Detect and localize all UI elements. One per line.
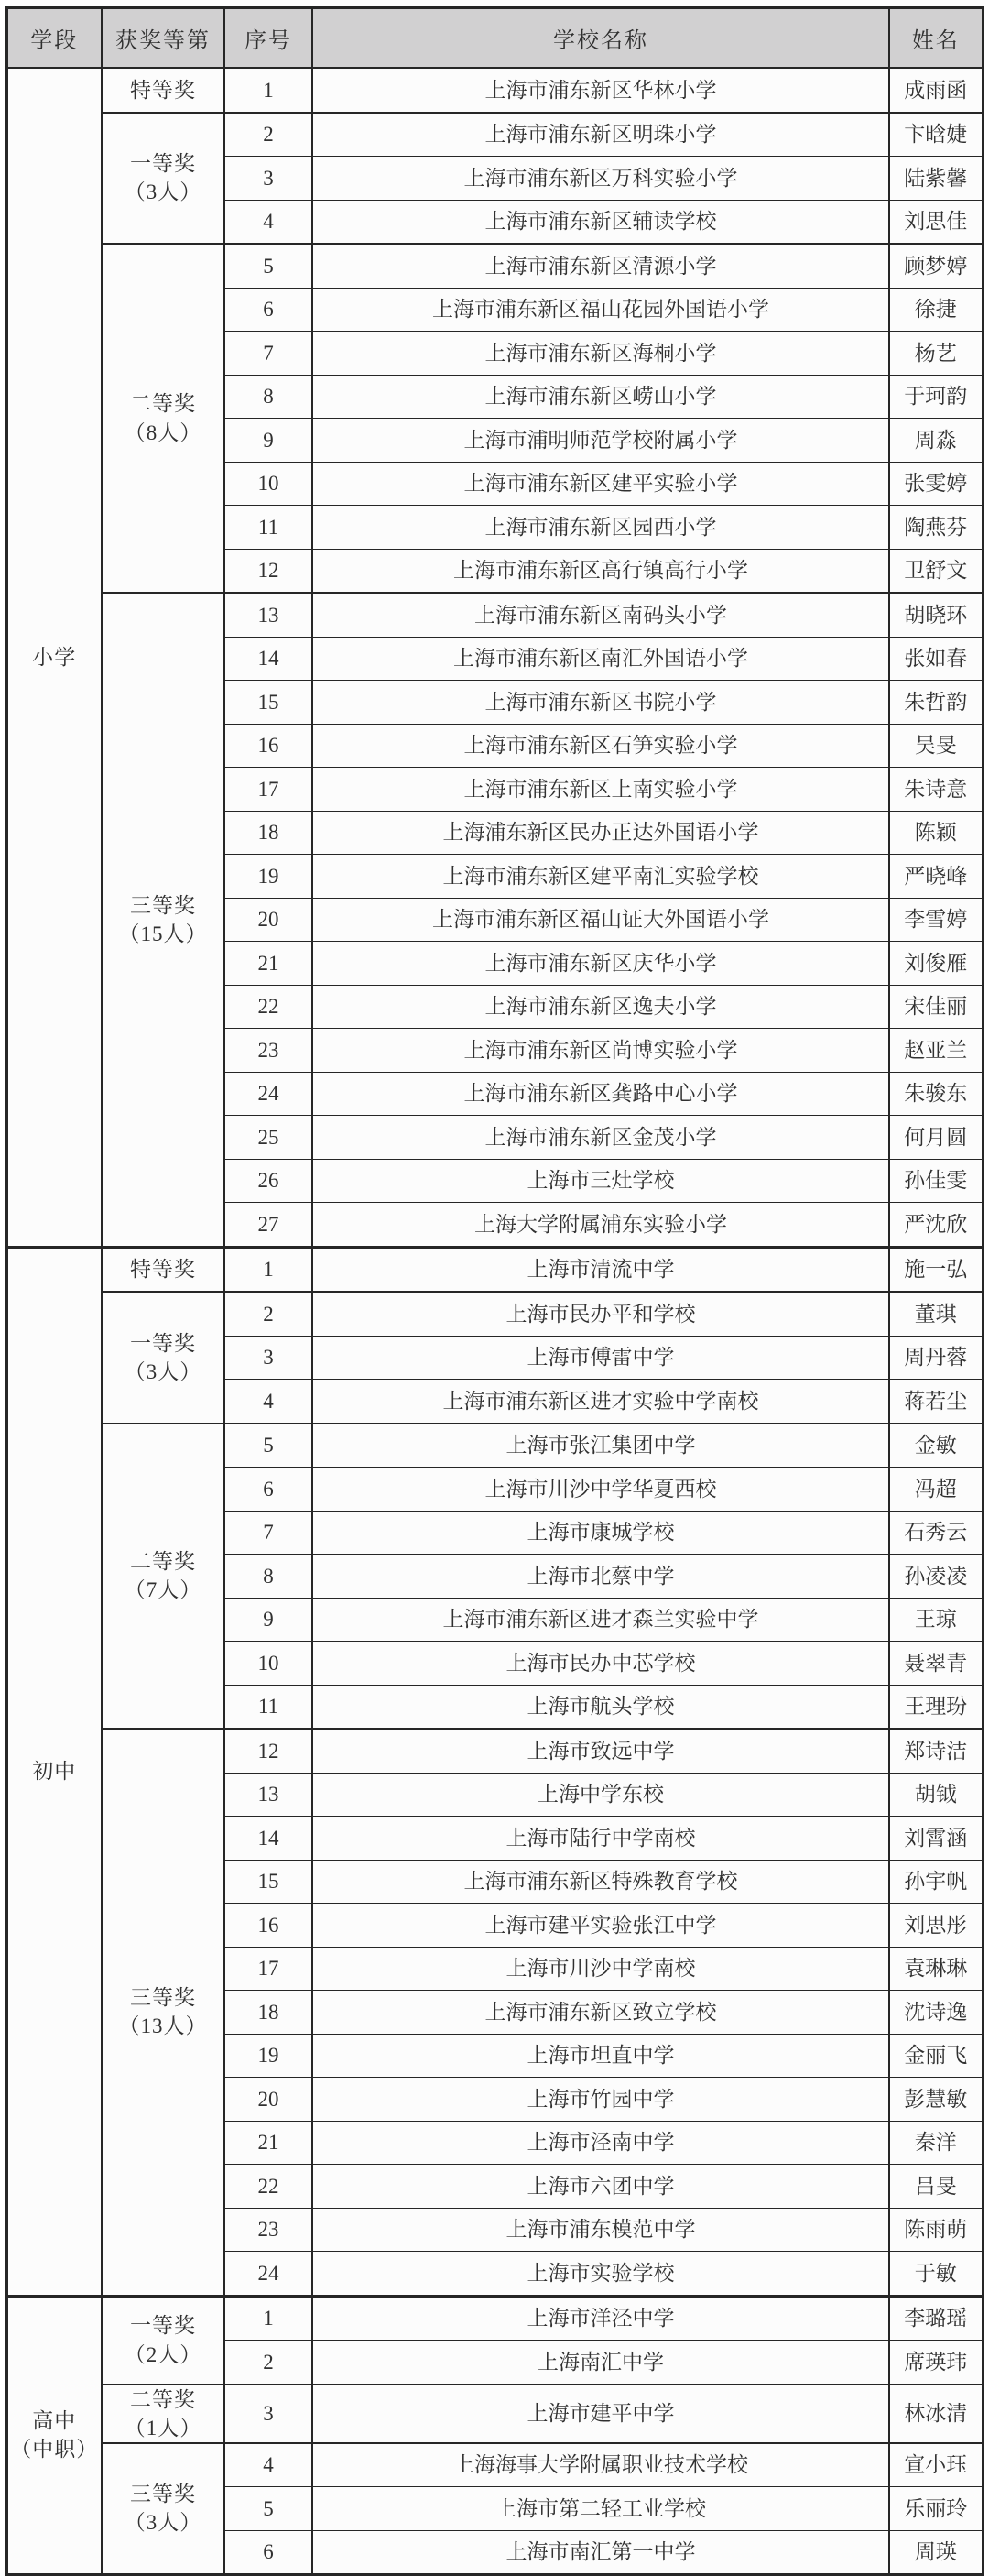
school-cell: 上海市浦东新区华林小学 [312,68,889,113]
stage-label: 初中 [8,1757,102,1785]
table-body: 小学特等奖1上海市浦东新区华林小学成雨函一等奖（3人）2上海市浦东新区明珠小学卞… [6,68,983,2575]
serial-cell: 12 [224,549,312,593]
award-count-label: （3人） [103,178,223,206]
school-cell: 上海市浦明师范学校附属小学 [312,419,889,463]
serial-cell: 3 [224,157,312,201]
school-cell: 上海市浦东新区建平实验小学 [312,462,889,506]
serial-cell: 9 [224,1598,312,1642]
name-cell: 施一弘 [889,1247,983,1292]
school-cell: 上海市民办平和学校 [312,1292,889,1336]
school-cell: 上海市洋泾中学 [312,2296,889,2341]
award-count-label: （3人） [103,1358,223,1386]
school-cell: 上海市南汇第一中学 [312,2530,889,2575]
stage-cell: 小学 [6,68,102,1247]
serial-cell: 18 [224,811,312,855]
name-cell: 顾梦婷 [889,244,983,288]
table-row: 三等奖（13人）12上海市致远中学郑诗洁 [6,1729,983,1773]
award-count-label: （1人） [103,2414,223,2442]
name-cell: 严沈欣 [889,1203,983,1248]
award-cell: 特等奖 [102,68,224,113]
name-cell: 张雯婷 [889,462,983,506]
table-row: 二等奖（8人）5上海市浦东新区清源小学顾梦婷 [6,244,983,288]
serial-cell: 6 [224,1468,312,1512]
name-cell: 蒋若尘 [889,1380,983,1424]
name-cell: 周瑛 [889,2530,983,2575]
serial-cell: 10 [224,462,312,506]
table-row: 三等奖（15人）13上海市浦东新区南码头小学胡晓环 [6,593,983,637]
award-label: 一等奖 [103,1329,223,1358]
name-cell: 徐捷 [889,288,983,332]
award-cell: 一等奖（2人） [102,2296,224,2385]
award-cell: 三等奖（15人） [102,593,224,1247]
school-cell: 上海市民办中芯学校 [312,1642,889,1686]
serial-cell: 4 [224,1380,312,1424]
serial-cell: 7 [224,332,312,376]
name-cell: 王理玢 [889,1685,983,1729]
serial-cell: 13 [224,1773,312,1817]
school-cell: 上海市浦东新区园西小学 [312,506,889,550]
serial-cell: 18 [224,1991,312,2035]
name-cell: 宋佳丽 [889,985,983,1029]
serial-cell: 1 [224,2296,312,2341]
name-cell: 朱骏东 [889,1072,983,1116]
stage-label: 小学 [8,643,102,671]
serial-cell: 22 [224,985,312,1029]
serial-cell: 15 [224,681,312,725]
serial-cell: 17 [224,768,312,812]
award-cell: 二等奖（1人） [102,2385,224,2443]
serial-cell: 4 [224,2443,312,2487]
serial-cell: 6 [224,2530,312,2575]
name-cell: 沈诗逸 [889,1991,983,2035]
award-cell: 二等奖（8人） [102,244,224,593]
school-cell: 上海中学东校 [312,1773,889,1817]
serial-cell: 24 [224,2252,312,2297]
award-label: 一等奖 [103,149,223,178]
serial-cell: 21 [224,942,312,986]
school-cell: 上海市张江集团中学 [312,1424,889,1468]
school-cell: 上海市浦东新区崂山小学 [312,375,889,419]
school-cell: 上海市川沙中学南校 [312,1947,889,1991]
award-count-label: （8人） [103,419,223,447]
name-cell: 严晓峰 [889,855,983,899]
serial-cell: 25 [224,1116,312,1160]
school-cell: 上海市浦东新区福山证大外国语小学 [312,898,889,942]
serial-cell: 13 [224,593,312,637]
name-cell: 卞晗婕 [889,113,983,157]
name-cell: 卫舒文 [889,549,983,593]
table-row: 三等奖（3人）4上海海事大学附属职业技术学校宣小珏 [6,2443,983,2487]
award-cell: 三等奖（3人） [102,2443,224,2575]
name-cell: 李璐瑶 [889,2296,983,2341]
serial-cell: 23 [224,2208,312,2252]
award-label: 三等奖 [103,1983,223,2012]
serial-cell: 8 [224,375,312,419]
serial-cell: 14 [224,637,312,681]
name-cell: 朱哲韵 [889,681,983,725]
table-row: 一等奖（3人）2上海市浦东新区明珠小学卞晗婕 [6,113,983,157]
name-cell: 何月圆 [889,1116,983,1160]
name-cell: 孙凌凌 [889,1555,983,1599]
column-header-serial: 序号 [224,8,312,69]
name-cell: 周淼 [889,419,983,463]
school-cell: 上海市陆行中学南校 [312,1817,889,1861]
school-cell: 上海市浦东新区石笋实验小学 [312,724,889,768]
school-cell: 上海市浦东新区上南实验小学 [312,768,889,812]
stage-cell: 高中（中职） [6,2296,102,2575]
name-cell: 刘思彤 [889,1904,983,1948]
award-cell: 一等奖（3人） [102,113,224,245]
school-cell: 上海市致远中学 [312,1729,889,1773]
school-cell: 上海市航头学校 [312,1685,889,1729]
name-cell: 胡晓环 [889,593,983,637]
header-row: 学段 获奖等第 序号 学校名称 姓名 [6,8,983,69]
school-cell: 上海市竹园中学 [312,2078,889,2122]
award-count-label: （2人） [103,2341,223,2369]
serial-cell: 22 [224,2165,312,2209]
school-cell: 上海市浦东模范中学 [312,2208,889,2252]
school-cell: 上海市浦东新区进才实验中学南校 [312,1380,889,1424]
serial-cell: 3 [224,1336,312,1380]
name-cell: 陆紫馨 [889,157,983,201]
name-cell: 宣小珏 [889,2443,983,2487]
serial-cell: 11 [224,506,312,550]
school-cell: 上海市浦东新区致立学校 [312,1991,889,2035]
school-cell: 上海市建平中学 [312,2385,889,2443]
school-cell: 上海市浦东新区海桐小学 [312,332,889,376]
school-cell: 上海市泾南中学 [312,2121,889,2165]
name-cell: 吴旻 [889,724,983,768]
name-cell: 刘俊雁 [889,942,983,986]
award-count-label: （7人） [103,1576,223,1604]
serial-cell: 11 [224,1685,312,1729]
serial-cell: 20 [224,2078,312,2122]
serial-cell: 8 [224,1555,312,1599]
name-cell: 王琼 [889,1598,983,1642]
award-label: 二等奖 [103,2385,223,2414]
name-cell: 袁琳琳 [889,1947,983,1991]
school-cell: 上海市第二轻工业学校 [312,2487,889,2531]
award-count-label: （13人） [103,2012,223,2040]
serial-cell: 14 [224,1817,312,1861]
award-label: 二等奖 [103,389,223,418]
name-cell: 秦洋 [889,2121,983,2165]
serial-cell: 5 [224,1424,312,1468]
name-cell: 吕旻 [889,2165,983,2209]
school-cell: 上海市浦东新区尚博实验小学 [312,1029,889,1073]
school-cell: 上海市实验学校 [312,2252,889,2297]
school-cell: 上海市傅雷中学 [312,1336,889,1380]
table-row: 二等奖（1人）3上海市建平中学林冰清 [6,2385,983,2443]
school-cell: 上海市浦东新区明珠小学 [312,113,889,157]
school-cell: 上海市浦东新区龚路中心小学 [312,1072,889,1116]
school-cell: 上海市浦东新区庆华小学 [312,942,889,986]
school-cell: 上海市建平实验张江中学 [312,1904,889,1948]
school-cell: 上海南汇中学 [312,2341,889,2385]
name-cell: 张如春 [889,637,983,681]
name-cell: 李雪婷 [889,898,983,942]
school-cell: 上海市浦东新区万科实验小学 [312,157,889,201]
table-row: 高中（中职）一等奖（2人）1上海市洋泾中学李璐瑶 [6,2296,983,2341]
award-label: 二等奖 [103,1547,223,1576]
table-row: 二等奖（7人）5上海市张江集团中学金敏 [6,1424,983,1468]
name-cell: 陈颖 [889,811,983,855]
name-cell: 孙宇帆 [889,1860,983,1904]
serial-cell: 5 [224,244,312,288]
serial-cell: 16 [224,724,312,768]
name-cell: 金丽飞 [889,2034,983,2078]
name-cell: 陈雨萌 [889,2208,983,2252]
name-cell: 胡钺 [889,1773,983,1817]
school-cell: 上海市浦东新区清源小学 [312,244,889,288]
column-header-school: 学校名称 [312,8,889,69]
serial-cell: 1 [224,68,312,113]
serial-cell: 27 [224,1203,312,1248]
award-label: 三等奖 [103,2480,223,2508]
name-cell: 于敏 [889,2252,983,2297]
school-cell: 上海市川沙中学华夏西校 [312,1468,889,1512]
award-label: 三等奖 [103,891,223,920]
serial-cell: 10 [224,1642,312,1686]
serial-cell: 7 [224,1511,312,1555]
serial-cell: 26 [224,1159,312,1203]
serial-cell: 2 [224,113,312,157]
name-cell: 金敏 [889,1424,983,1468]
serial-cell: 16 [224,1904,312,1948]
serial-cell: 21 [224,2121,312,2165]
award-cell: 二等奖（7人） [102,1424,224,1730]
stage-sub-label: （中职） [8,2435,102,2463]
column-header-name: 姓名 [889,8,983,69]
school-cell: 上海市浦东新区南码头小学 [312,593,889,637]
serial-cell: 19 [224,855,312,899]
stage-cell: 初中 [6,1247,102,2296]
column-header-stage: 学段 [6,8,102,69]
serial-cell: 24 [224,1072,312,1116]
name-cell: 陶燕芬 [889,506,983,550]
award-table: 学段 获奖等第 序号 学校名称 姓名 小学特等奖1上海市浦东新区华林小学成雨函一… [5,6,984,2576]
school-cell: 上海海事大学附属职业技术学校 [312,2443,889,2487]
school-cell: 上海浦东新区民办正达外国语小学 [312,811,889,855]
award-cell: 一等奖（3人） [102,1292,224,1424]
school-cell: 上海市浦东新区南汇外国语小学 [312,637,889,681]
name-cell: 董琪 [889,1292,983,1336]
serial-cell: 12 [224,1729,312,1773]
serial-cell: 2 [224,2341,312,2385]
name-cell: 成雨函 [889,68,983,113]
name-cell: 聂翠青 [889,1642,983,1686]
name-cell: 乐丽玲 [889,2487,983,2531]
school-cell: 上海市浦东新区进才森兰实验中学 [312,1598,889,1642]
school-cell: 上海市浦东新区高行镇高行小学 [312,549,889,593]
award-label: 特等奖 [103,1255,223,1283]
school-cell: 上海市浦东新区福山花园外国语小学 [312,288,889,332]
school-cell: 上海市六团中学 [312,2165,889,2209]
serial-cell: 20 [224,898,312,942]
name-cell: 赵亚兰 [889,1029,983,1073]
name-cell: 冯超 [889,1468,983,1512]
table-row: 小学特等奖1上海市浦东新区华林小学成雨函 [6,68,983,113]
serial-cell: 17 [224,1947,312,1991]
serial-cell: 5 [224,2487,312,2531]
serial-cell: 23 [224,1029,312,1073]
serial-cell: 19 [224,2034,312,2078]
school-cell: 上海市浦东新区特殊教育学校 [312,1860,889,1904]
award-count-label: （3人） [103,2508,223,2537]
award-label: 一等奖 [103,2311,223,2340]
name-cell: 于珂韵 [889,375,983,419]
table-row: 初中特等奖1上海市清流中学施一弘 [6,1247,983,1292]
name-cell: 朱诗意 [889,768,983,812]
school-cell: 上海市坦直中学 [312,2034,889,2078]
name-cell: 刘霄涵 [889,1817,983,1861]
name-cell: 孙佳雯 [889,1159,983,1203]
serial-cell: 9 [224,419,312,463]
name-cell: 席瑛玮 [889,2341,983,2385]
award-cell: 特等奖 [102,1247,224,1292]
name-cell: 杨艺 [889,332,983,376]
school-cell: 上海市浦东新区书院小学 [312,681,889,725]
column-header-award: 获奖等第 [102,8,224,69]
stage-label: 高中 [8,2407,102,2435]
school-cell: 上海市浦东新区逸夫小学 [312,985,889,1029]
table-row: 一等奖（3人）2上海市民办平和学校董琪 [6,1292,983,1336]
school-cell: 上海市三灶学校 [312,1159,889,1203]
serial-cell: 4 [224,200,312,244]
school-cell: 上海市浦东新区辅读学校 [312,200,889,244]
school-cell: 上海市清流中学 [312,1247,889,1292]
award-cell: 三等奖（13人） [102,1729,224,2296]
name-cell: 林冰清 [889,2385,983,2443]
school-cell: 上海市康城学校 [312,1511,889,1555]
award-count-label: （15人） [103,920,223,948]
serial-cell: 2 [224,1292,312,1336]
name-cell: 周丹蓉 [889,1336,983,1380]
name-cell: 刘思佳 [889,200,983,244]
school-cell: 上海市浦东新区建平南汇实验学校 [312,855,889,899]
school-cell: 上海市北蔡中学 [312,1555,889,1599]
serial-cell: 6 [224,288,312,332]
serial-cell: 15 [224,1860,312,1904]
school-cell: 上海大学附属浦东实验小学 [312,1203,889,1248]
name-cell: 郑诗洁 [889,1729,983,1773]
school-cell: 上海市浦东新区金茂小学 [312,1116,889,1160]
name-cell: 彭慧敏 [889,2078,983,2122]
award-label: 特等奖 [103,76,223,104]
serial-cell: 3 [224,2385,312,2443]
serial-cell: 1 [224,1247,312,1292]
name-cell: 石秀云 [889,1511,983,1555]
